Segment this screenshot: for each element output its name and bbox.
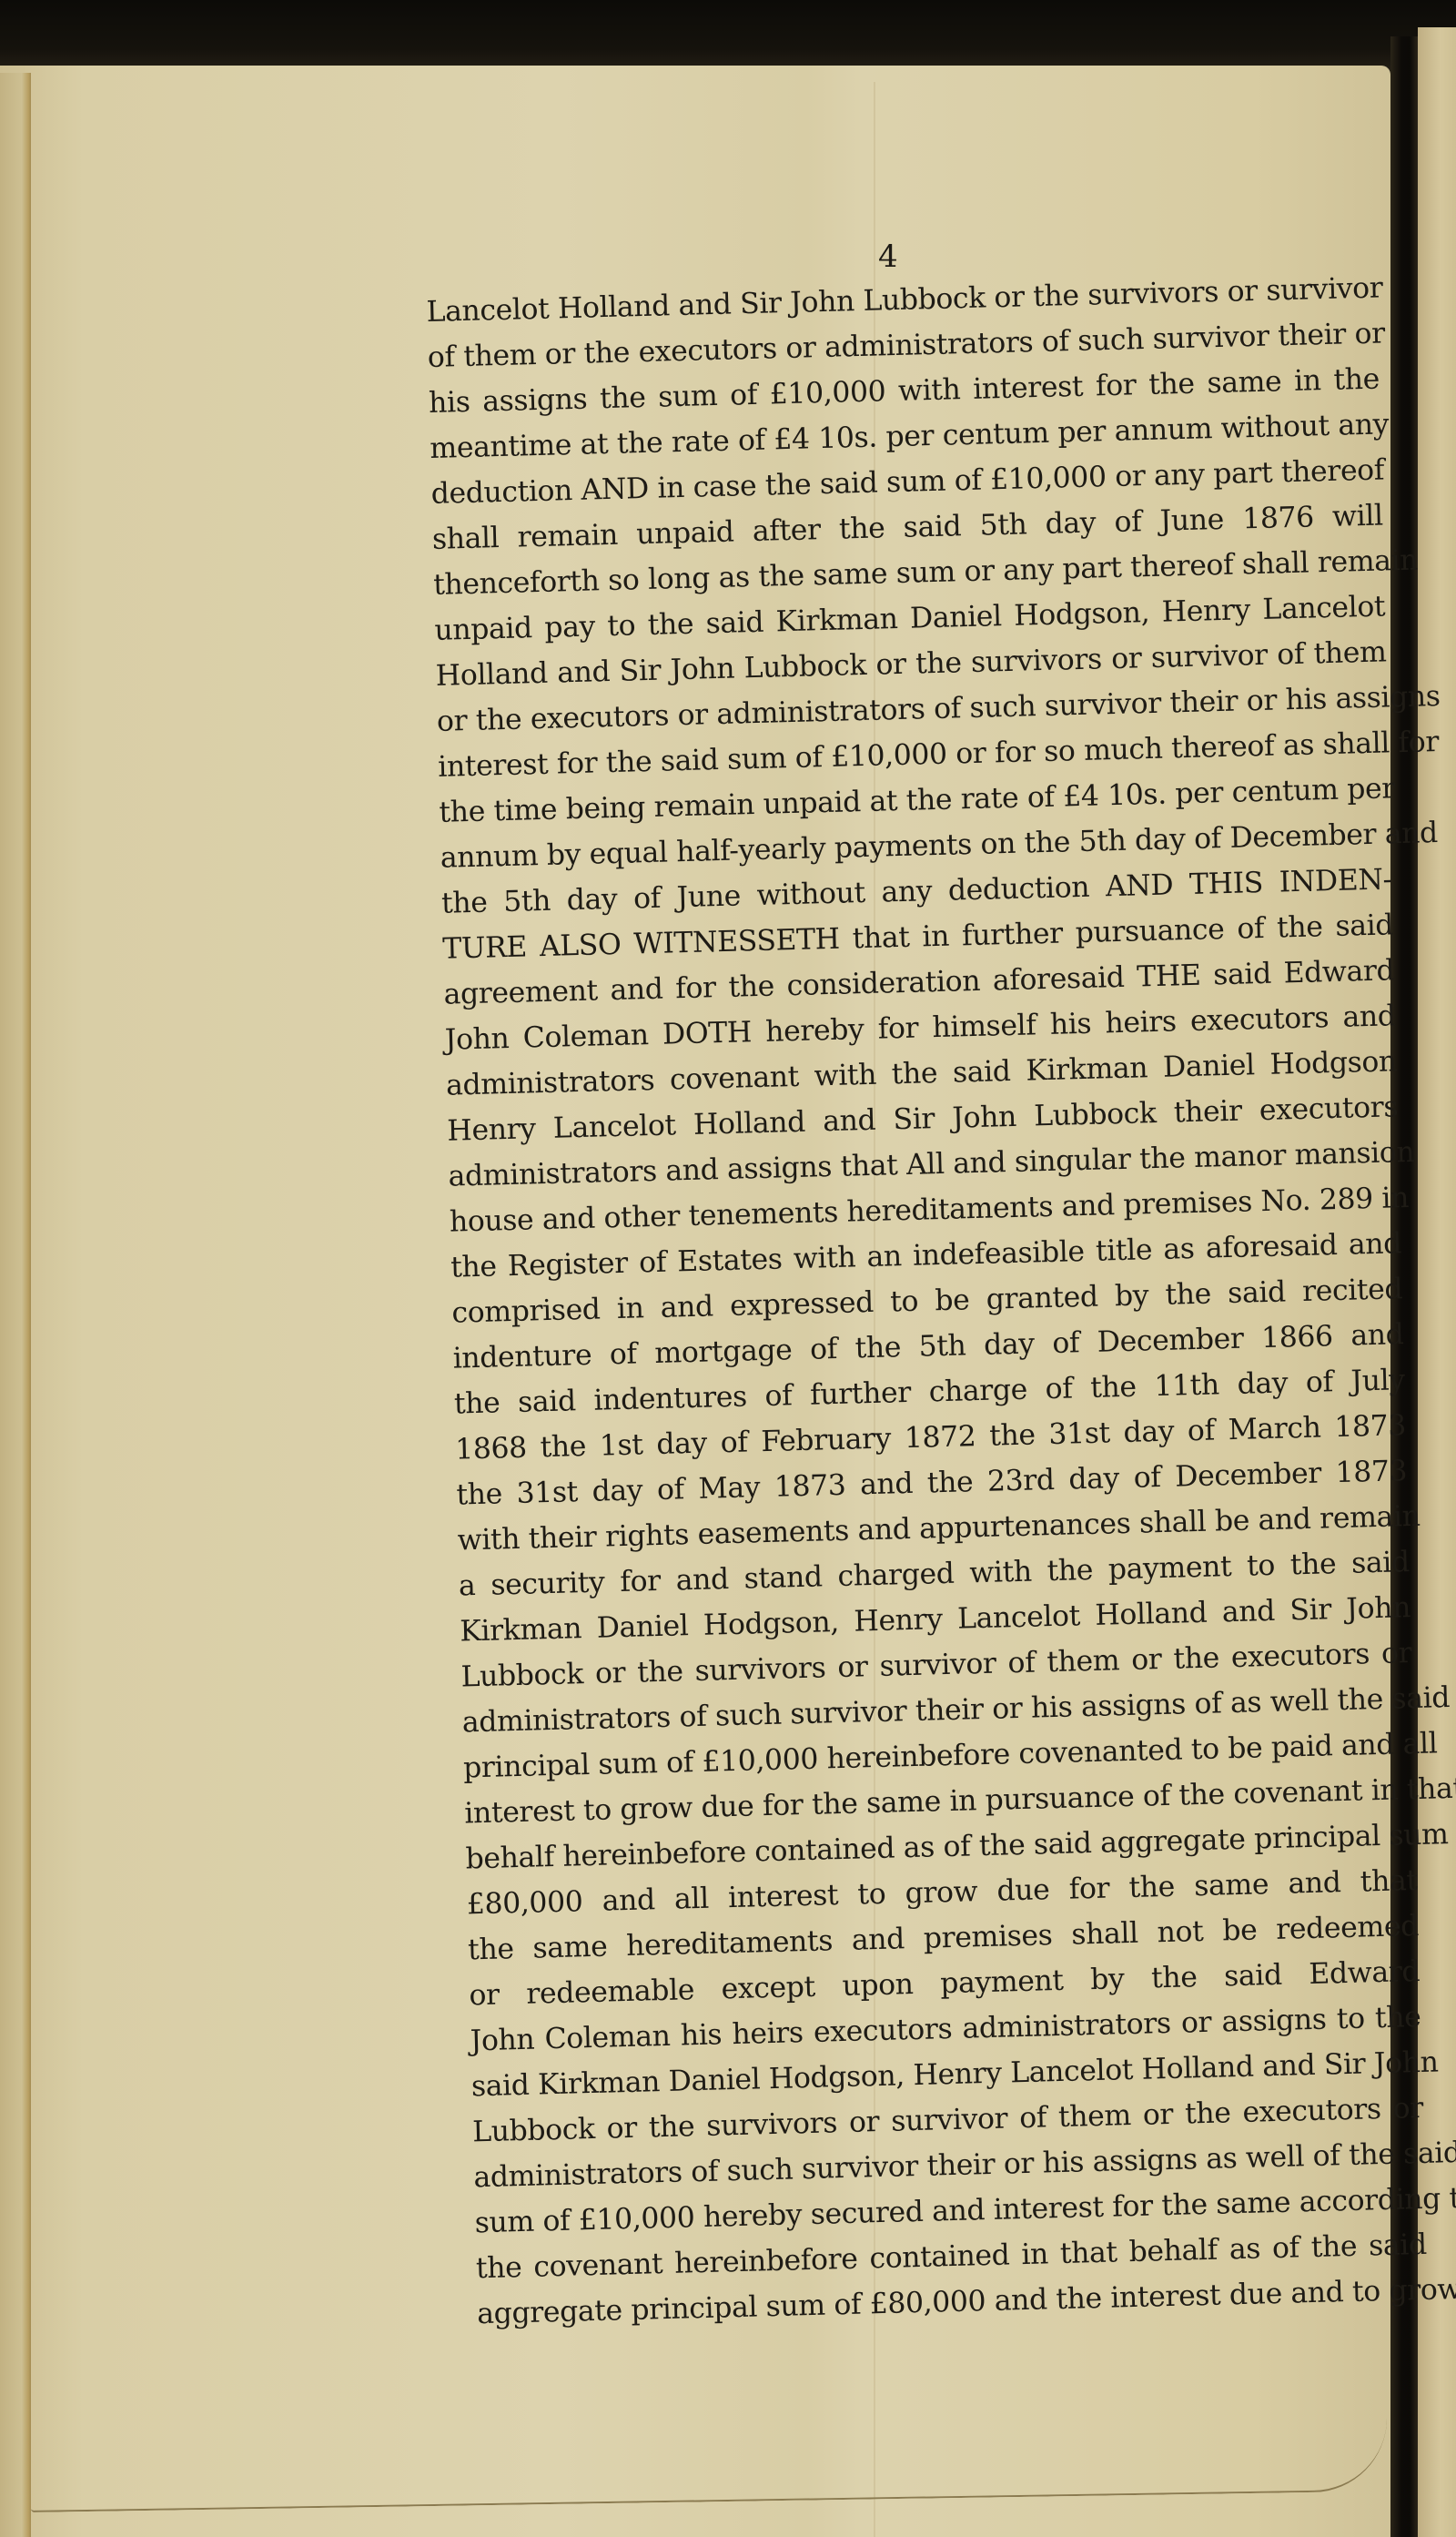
body-text: Lancelot Holland and Sir John Lubbock or… [426,266,1429,2338]
page-stack-left-edge [0,73,31,2537]
page-number: 4 [878,238,898,275]
